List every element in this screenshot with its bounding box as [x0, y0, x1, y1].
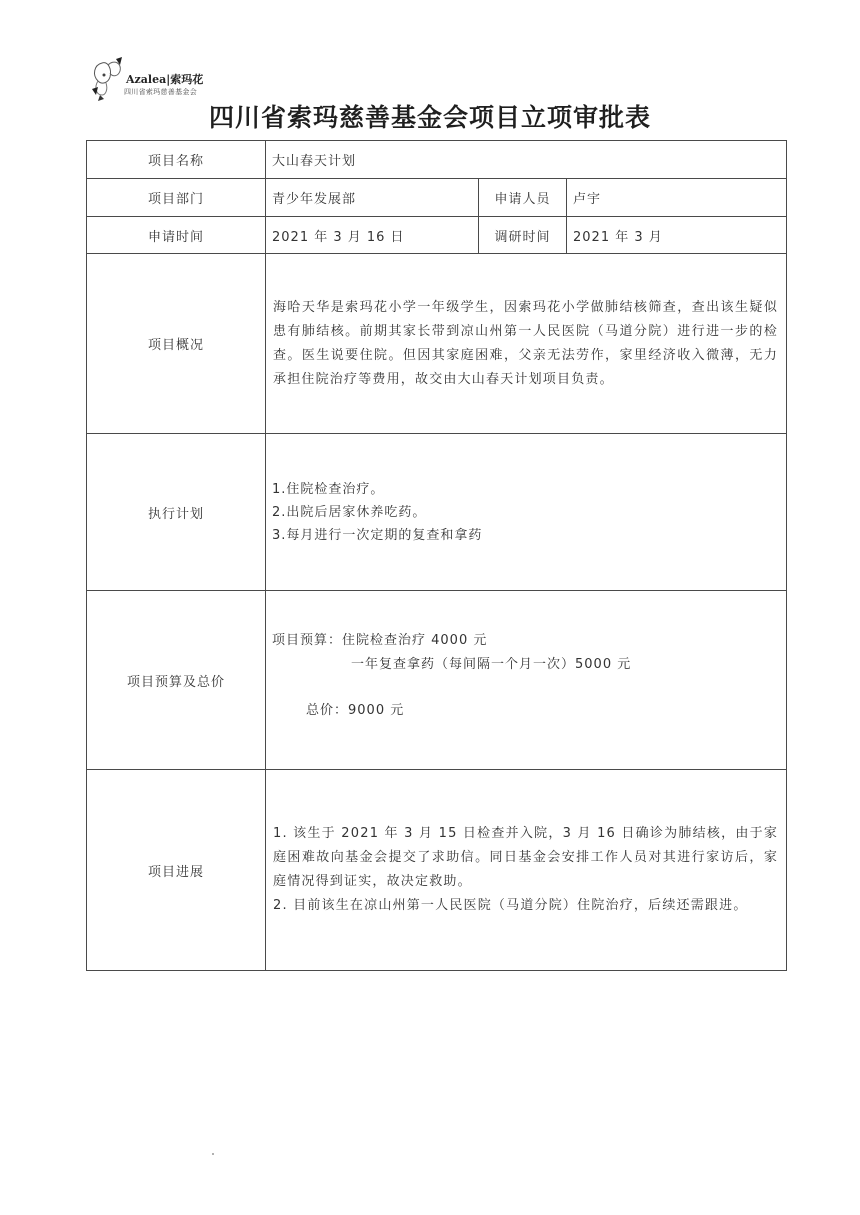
- budget-line-hospital: 项目预算：住院检查治疗 4000 元: [272, 629, 786, 653]
- department-value: 青少年发展部: [266, 179, 479, 217]
- progress-label: 项目进展: [87, 770, 266, 971]
- progress-item: 1. 该生于 2021 年 3 月 15 日检查并入院，3 月 16 日确诊为肺…: [266, 822, 786, 894]
- plan-item: 2.出院后居家休养吃药。: [266, 501, 786, 524]
- research-date-value: 2021 年 3 月: [567, 217, 787, 254]
- row-overview: 项目概况 海哈天华是索玛花小学一年级学生，因索玛花小学做肺结核筛查，查出该生疑似…: [87, 254, 787, 434]
- applicant-label: 申请人员: [479, 179, 567, 217]
- apply-date-label: 申请时间: [87, 217, 266, 254]
- progress-item: 2. 目前该生在凉山州第一人民医院（马道分院）住院治疗，后续还需跟进。: [266, 894, 786, 918]
- row-department: 项目部门 青少年发展部 申请人员 卢宇: [87, 179, 787, 217]
- row-dates: 申请时间 2021 年 3 月 16 日 调研时间 2021 年 3 月: [87, 217, 787, 254]
- logo-org-line: 四川省索玛慈善基金会: [124, 87, 197, 97]
- plan-item: 1.住院检查治疗。: [266, 478, 786, 501]
- progress-cell: 1. 该生于 2021 年 3 月 15 日检查并入院，3 月 16 日确诊为肺…: [266, 770, 787, 971]
- row-progress: 项目进展 1. 该生于 2021 年 3 月 15 日检查并入院，3 月 16 …: [87, 770, 787, 971]
- overview-label: 项目概况: [87, 254, 266, 434]
- plan-cell: 1.住院检查治疗。 2.出院后居家休养吃药。 3.每月进行一次定期的复查和拿药: [266, 434, 787, 591]
- overview-text: 海哈天华是索玛花小学一年级学生，因索玛花小学做肺结核筛查，查出该生疑似患有肺结核…: [266, 296, 786, 392]
- page-title: 四川省索玛慈善基金会项目立项审批表: [0, 98, 860, 134]
- plan-item: 3.每月进行一次定期的复查和拿药: [266, 524, 786, 547]
- project-name-value: 大山春天计划: [266, 141, 787, 179]
- overview-cell: 海哈天华是索玛花小学一年级学生，因索玛花小学做肺结核筛查，查出该生疑似患有肺结核…: [266, 254, 787, 434]
- research-date-label: 调研时间: [479, 217, 567, 254]
- azalea-flower-icon: [88, 55, 128, 103]
- applicant-value: 卢宇: [567, 179, 787, 217]
- apply-date-value: 2021 年 3 月 16 日: [266, 217, 479, 254]
- approval-form-table: 项目名称 大山春天计划 项目部门 青少年发展部 申请人员 卢宇 申请时间 202…: [86, 140, 787, 971]
- logo-brand-name: Azalea|索玛花: [126, 71, 203, 87]
- plan-label: 执行计划: [87, 434, 266, 591]
- budget-line-medicine: 一年复查拿药（每间隔一个月一次）5000 元: [272, 653, 786, 677]
- budget-cell: 项目预算：住院检查治疗 4000 元 一年复查拿药（每间隔一个月一次）5000 …: [266, 591, 787, 770]
- row-project-name: 项目名称 大山春天计划: [87, 141, 787, 179]
- row-budget: 项目预算及总价 项目预算：住院检查治疗 4000 元 一年复查拿药（每间隔一个月…: [87, 591, 787, 770]
- budget-total: 总价：9000 元: [272, 699, 786, 723]
- budget-label: 项目预算及总价: [87, 591, 266, 770]
- scan-speck: [212, 1153, 214, 1155]
- row-plan: 执行计划 1.住院检查治疗。 2.出院后居家休养吃药。 3.每月进行一次定期的复…: [87, 434, 787, 591]
- project-name-label: 项目名称: [87, 141, 266, 179]
- department-label: 项目部门: [87, 179, 266, 217]
